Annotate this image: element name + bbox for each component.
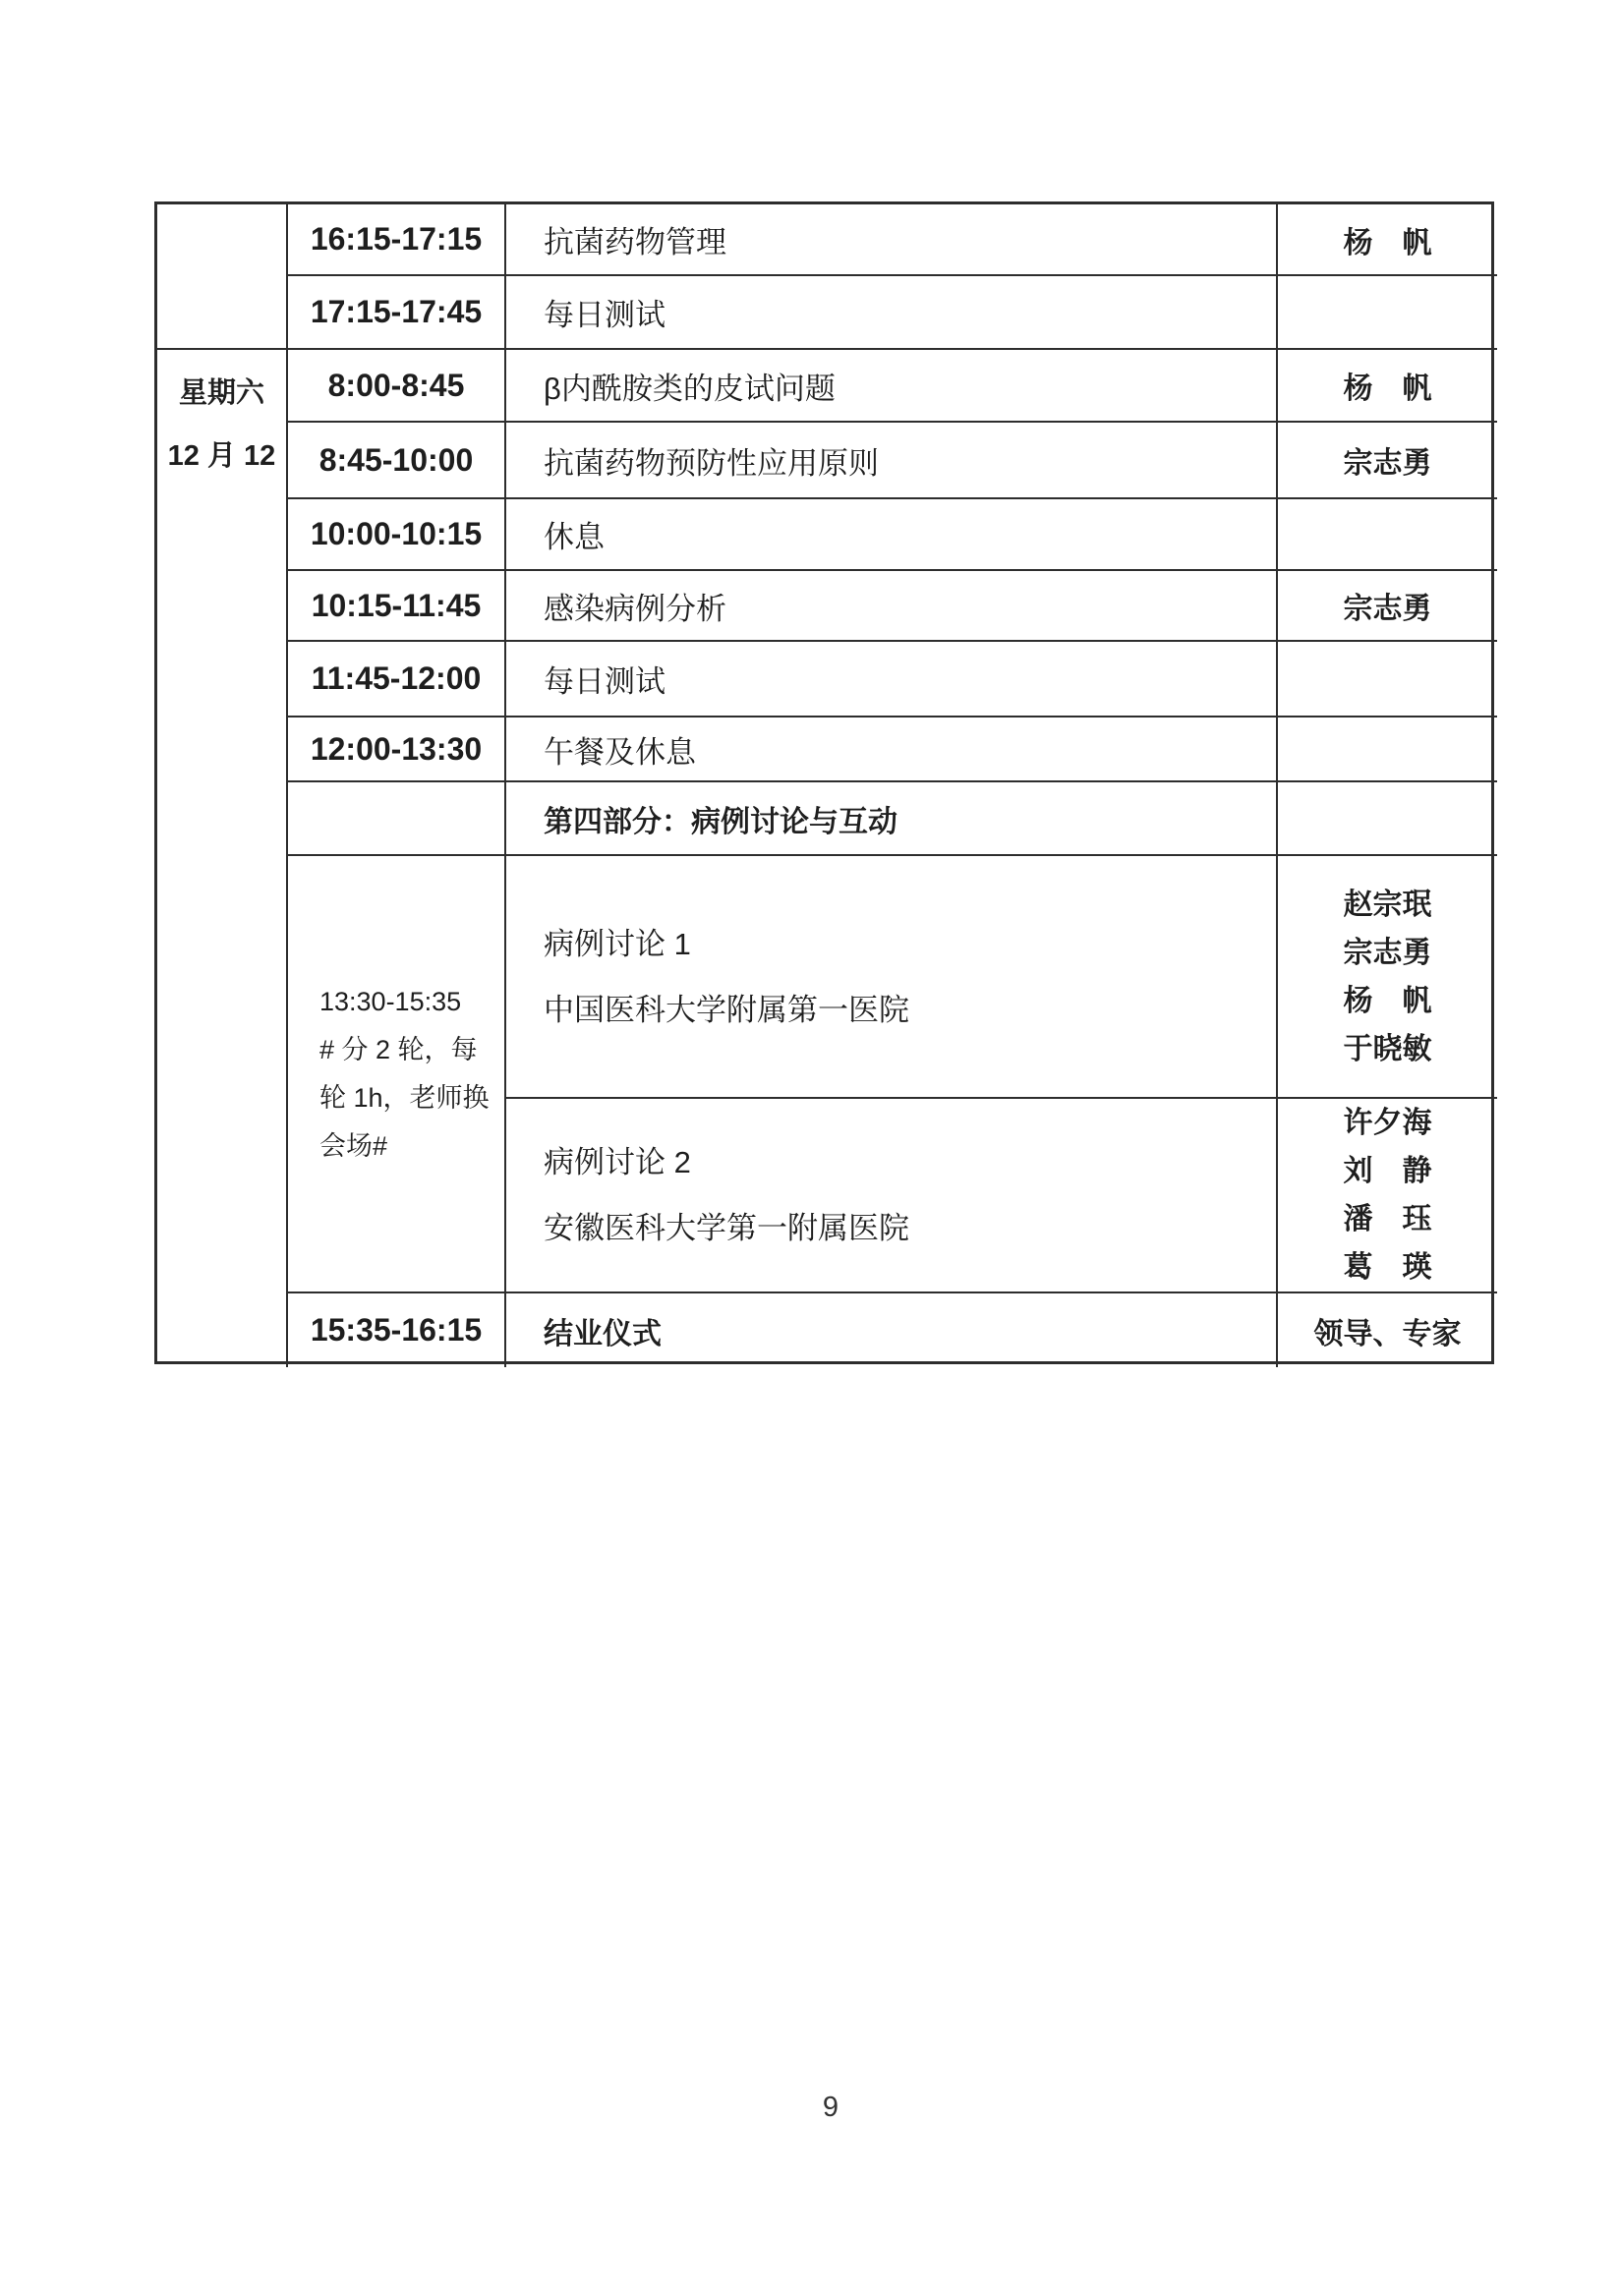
speaker-cell bbox=[1278, 276, 1497, 350]
discussion-time-note-cell: 13:30-15:35 # 分 2 轮，每 轮 1h，老师换 会场# bbox=[288, 856, 506, 1293]
discussion-time: 13:30-15:35 bbox=[319, 978, 461, 1026]
closing-topic-cell: 结业仪式 bbox=[506, 1293, 1278, 1367]
topic-cell: 每日测试 bbox=[506, 642, 1278, 717]
time-cell: 8:45-10:00 bbox=[288, 423, 506, 499]
time-cell: 17:15-17:45 bbox=[288, 276, 506, 350]
topic-cell: 感染病例分析 bbox=[506, 571, 1278, 642]
time-cell: 16:15-17:15 bbox=[288, 204, 506, 276]
session1-hospital: 中国医科大学附属第一医院 bbox=[544, 977, 909, 1043]
speaker-name: 葛 瑛 bbox=[1344, 1243, 1432, 1291]
speaker-name: 刘 静 bbox=[1344, 1147, 1432, 1195]
speaker-name: 宗志勇 bbox=[1344, 929, 1432, 977]
day-cell-saturday: 星期六 12 月 12 bbox=[157, 350, 288, 1367]
time-cell-empty bbox=[288, 782, 506, 856]
time-cell: 8:00-8:45 bbox=[288, 350, 506, 423]
time-cell: 11:45-12:00 bbox=[288, 642, 506, 717]
topic-cell: 抗菌药物预防性应用原则 bbox=[506, 423, 1278, 499]
speaker-name: 许夕海 bbox=[1344, 1099, 1432, 1147]
schedule-table: 星期六 12 月 12 16:15-17:15 抗菌药物管理 杨 帆 17:15… bbox=[154, 201, 1494, 1364]
closing-speaker-cell: 领导、专家 bbox=[1278, 1293, 1497, 1367]
session2-hospital: 安徽医科大学第一附属医院 bbox=[544, 1195, 909, 1261]
weekday-label: 星期六 bbox=[179, 362, 264, 425]
time-cell: 15:35-16:15 bbox=[288, 1293, 506, 1367]
session2-title: 病例讨论 2 bbox=[544, 1129, 691, 1195]
date-label: 12 月 12 bbox=[168, 425, 276, 488]
speaker-name: 于晓敏 bbox=[1344, 1025, 1432, 1073]
session2-cell: 病例讨论 2 安徽医科大学第一附属医院 bbox=[506, 1099, 1278, 1293]
speaker-cell: 宗志勇 bbox=[1278, 571, 1497, 642]
time-cell: 12:00-13:30 bbox=[288, 717, 506, 782]
time-cell: 10:15-11:45 bbox=[288, 571, 506, 642]
discussion-note-line: # 分 2 轮，每 bbox=[319, 1026, 478, 1074]
session2-speakers-cell: 许夕海 刘 静 潘 珏 葛 瑛 bbox=[1278, 1099, 1497, 1293]
section-header-cell: 第四部分：病例讨论与互动 bbox=[506, 782, 1278, 856]
session1-cell: 病例讨论 1 中国医科大学附属第一医院 bbox=[506, 856, 1278, 1099]
session1-title: 病例讨论 1 bbox=[544, 911, 691, 977]
speaker-cell bbox=[1278, 499, 1497, 571]
speaker-name: 杨 帆 bbox=[1344, 977, 1432, 1025]
topic-cell: 休息 bbox=[506, 499, 1278, 571]
speaker-name: 潘 珏 bbox=[1344, 1195, 1432, 1243]
topic-cell: β内酰胺类的皮试问题 bbox=[506, 350, 1278, 423]
speaker-cell-empty bbox=[1278, 782, 1497, 856]
discussion-note-line: 轮 1h，老师换 bbox=[319, 1074, 490, 1122]
session1-speakers-cell: 赵宗珉 宗志勇 杨 帆 于晓敏 bbox=[1278, 856, 1497, 1099]
topic-cell: 每日测试 bbox=[506, 276, 1278, 350]
day-cell-empty bbox=[157, 204, 288, 350]
speaker-cell bbox=[1278, 717, 1497, 782]
topic-cell: 抗菌药物管理 bbox=[506, 204, 1278, 276]
topic-cell: 午餐及休息 bbox=[506, 717, 1278, 782]
discussion-note-line: 会场# bbox=[319, 1122, 387, 1171]
speaker-name: 赵宗珉 bbox=[1344, 881, 1432, 929]
time-cell: 10:00-10:15 bbox=[288, 499, 506, 571]
page-number: 9 bbox=[0, 2092, 1620, 2124]
speaker-cell bbox=[1278, 642, 1497, 717]
speaker-cell: 宗志勇 bbox=[1278, 423, 1497, 499]
speaker-cell: 杨 帆 bbox=[1278, 204, 1497, 276]
speaker-cell: 杨 帆 bbox=[1278, 350, 1497, 423]
